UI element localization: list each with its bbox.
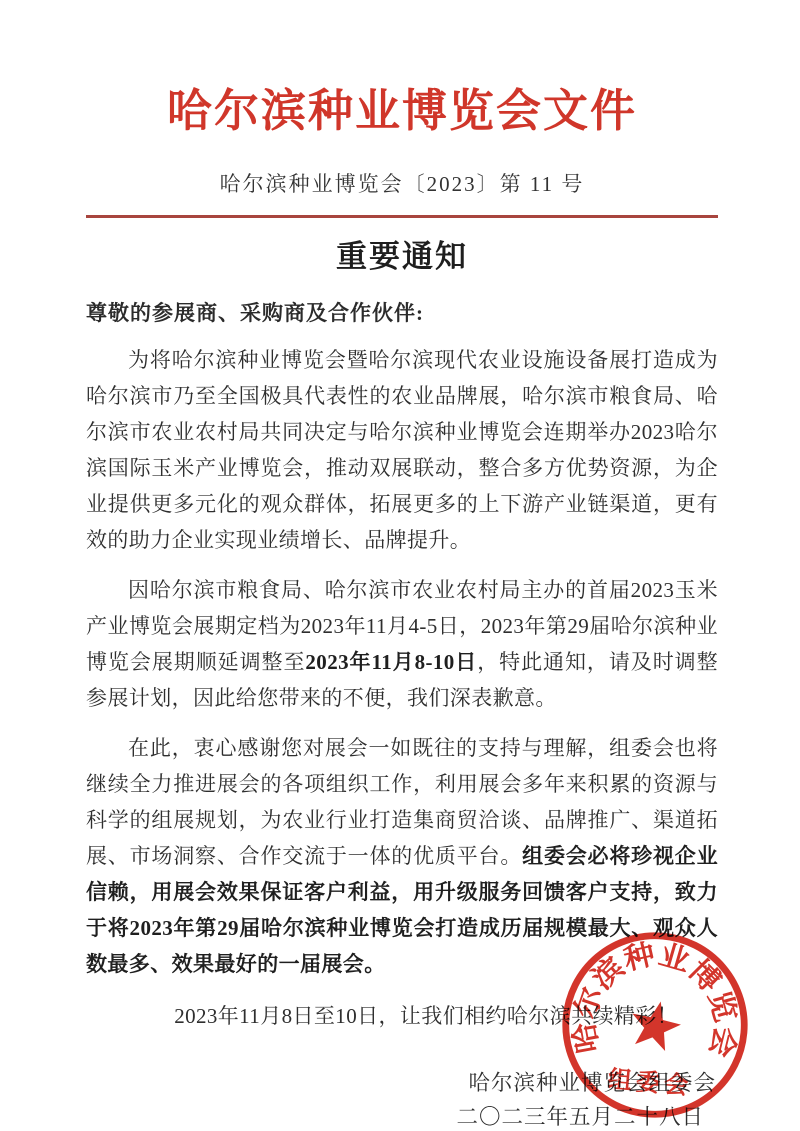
paragraph-2-bold-dates: 2023年11月8-10日 — [305, 650, 477, 674]
paragraph-3: 在此，衷心感谢您对展会一如既往的支持与理解，组委会也将继续全力推进展会的各项组织… — [86, 730, 718, 982]
red-divider — [86, 215, 718, 218]
paragraph-2: 因哈尔滨市粮食局、哈尔滨市农业农村局主办的首届2023玉米产业博览会展期定档为2… — [86, 572, 718, 716]
document-title: 哈尔滨种业博览会文件 — [86, 86, 718, 138]
greeting-line: 尊敬的参展商、采购商及合作伙伴: — [86, 298, 718, 328]
document-page: 哈尔滨种业博览会文件 哈尔滨种业博览会〔2023〕第 11 号 重要通知 尊敬的… — [0, 0, 800, 1131]
signature-date: 二〇二三年五月二十八日 — [86, 1100, 718, 1131]
closing-line: 2023年11月8日至10日，让我们相约哈尔滨共续精彩！ — [86, 998, 718, 1034]
document-number: 哈尔滨种业博览会〔2023〕第 11 号 — [86, 168, 718, 198]
notice-body: 尊敬的参展商、采购商及合作伙伴: 为将哈尔滨种业博览会暨哈尔滨现代农业设施设备展… — [86, 298, 718, 1034]
signature-org: 哈尔滨种业博览会组委会 — [86, 1066, 718, 1100]
document-header: 哈尔滨种业博览会文件 哈尔滨种业博览会〔2023〕第 11 号 重要通知 — [86, 86, 718, 276]
paragraph-1: 为将哈尔滨种业博览会暨哈尔滨现代农业设施设备展打造成为哈尔滨市乃至全国极具代表性… — [86, 342, 718, 558]
signature-block: 哈尔滨种业博览会组委会 二〇二三年五月二十八日 — [86, 1066, 718, 1131]
notice-title: 重要通知 — [86, 231, 718, 276]
document-content: 哈尔滨种业博览会文件 哈尔滨种业博览会〔2023〕第 11 号 重要通知 尊敬的… — [0, 86, 800, 1131]
